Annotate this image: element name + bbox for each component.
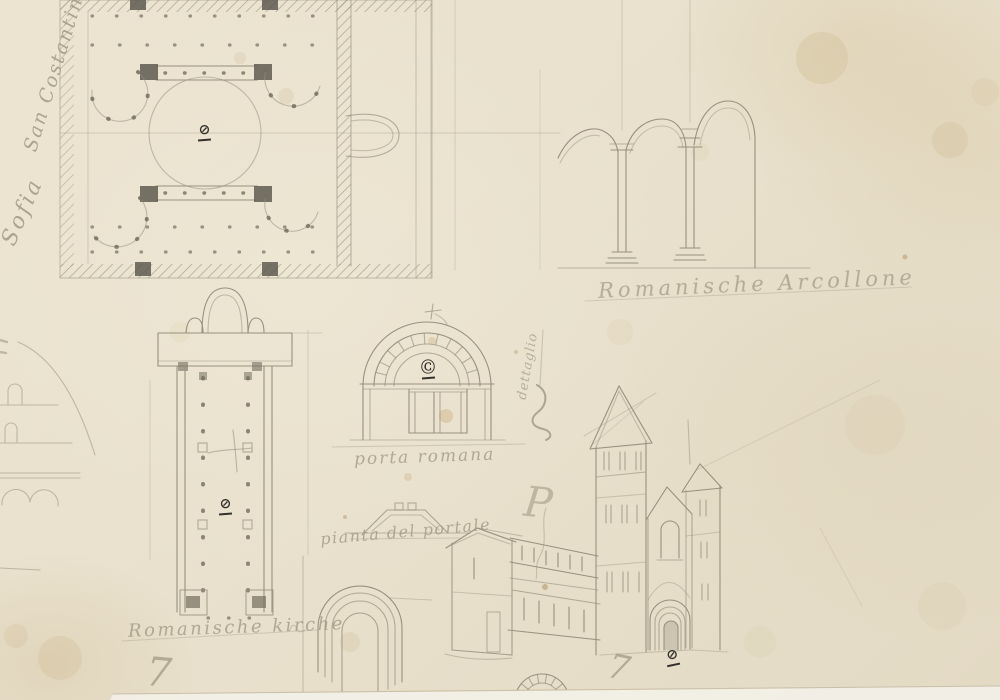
stamp-glyph: ⊘	[220, 496, 232, 512]
pencil-sketch-canvas	[0, 0, 1000, 700]
church-facade-perspective-sketch	[445, 380, 880, 659]
letter-p-mark: P	[522, 477, 555, 529]
left-edge-fragment-sketch	[0, 340, 95, 570]
basilica-plan-sketch	[122, 288, 322, 641]
romanesque-arcade-sketch	[558, 0, 912, 301]
stamp-glyph: ⊘	[199, 122, 211, 138]
numeral-seven-left: 7	[144, 649, 173, 697]
central-plan-church-sketch	[60, 0, 560, 278]
sketchbook-page: San Costantin Sofia Romanische Arcollone…	[0, 0, 1000, 700]
stamp-glyph: Ⓒ	[421, 360, 435, 376]
stamp-glyph: ⊘	[665, 646, 679, 663]
collection-stamp-icon: ⊘	[219, 497, 232, 515]
collection-stamp-icon: ⊘	[198, 123, 211, 141]
collection-stamp-icon: Ⓒ	[421, 361, 435, 379]
collection-stamp-icon: ⊘	[665, 647, 680, 667]
